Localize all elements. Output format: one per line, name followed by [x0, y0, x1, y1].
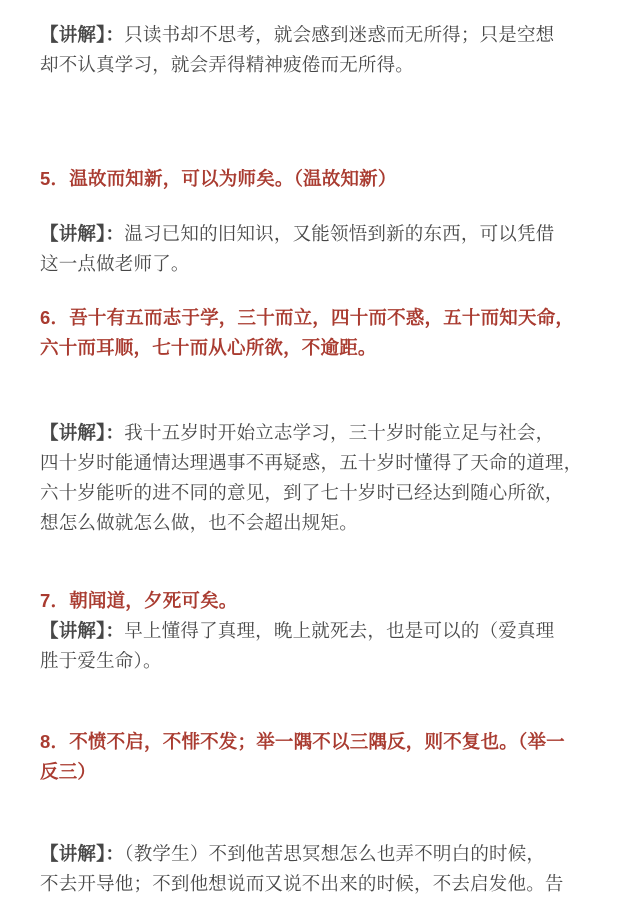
quote-5-heading: 5．温故而知新，可以为师矣。（温故知新）: [40, 164, 600, 194]
quote-8-heading: 8．不愤不启，不悱不发；举一隅不以三隅反，则不复也。（举一 反三）: [40, 727, 600, 787]
page-background: { "theme": { "background": "#ffffff", "b…: [0, 0, 640, 905]
explanation-label: 【讲解】：: [40, 843, 124, 864]
quote-6-heading: 6．吾十有五而志于学，三十而立，四十而不惑，五十而知天命， 六十而耳顺，七十而从…: [40, 303, 600, 363]
quote-7-explanation: 【讲解】：早上懂得了真理，晚上就死去，也是可以的（爱真理 胜于爱生命）。: [40, 616, 600, 676]
quote-6-explanation: 【讲解】：我十五岁时开始立志学习，三十岁时能立足与社会， 四十岁时能通情达理遇事…: [40, 418, 600, 538]
explanation-continued: 【讲解】：只读书却不思考，就会感到迷惑而无所得；只是空想 却不认真学习，就会弄得…: [40, 20, 600, 80]
explanation-label: 【讲解】：: [40, 24, 124, 45]
explanation-label: 【讲解】：: [40, 422, 124, 443]
quote-7-heading: 7．朝闻道，夕死可矣。: [40, 586, 600, 616]
document-page: 【讲解】：只读书却不思考，就会感到迷惑而无所得；只是空想 却不认真学习，就会弄得…: [0, 0, 640, 905]
quote-8-explanation: 【讲解】：（教学生）不到他苦思冥想怎么也弄不明白的时候， 不去开导他；不到他想说…: [40, 839, 600, 899]
quote-5-explanation: 【讲解】：温习已知的旧知识，又能领悟到新的东西，可以凭借 这一点做老师了。: [40, 219, 600, 279]
explanation-label: 【讲解】：: [40, 223, 124, 244]
explanation-label: 【讲解】：: [40, 620, 124, 641]
